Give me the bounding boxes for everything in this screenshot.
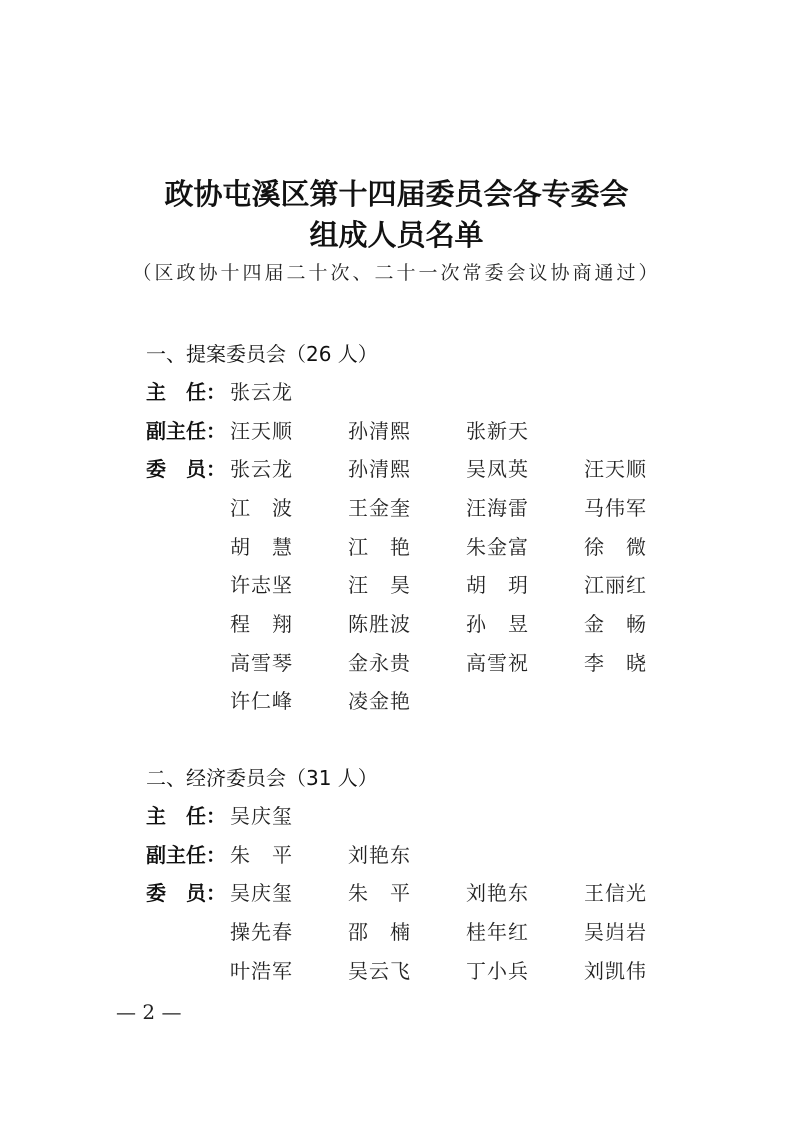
deputy-name: 张新天 <box>466 415 529 444</box>
page-number: — 2 — <box>116 1000 181 1024</box>
member-name: 胡 玥 <box>466 569 529 598</box>
member-name: 许仁峰 <box>230 685 293 714</box>
member-name: 江 波 <box>230 492 293 521</box>
member-name: 吴庆玺 <box>230 877 293 906</box>
member-name: 朱 平 <box>348 877 411 906</box>
member-name: 徐 微 <box>584 531 647 560</box>
director-label: 主 任： <box>146 376 226 405</box>
member-name: 丁小兵 <box>466 955 529 984</box>
member-name: 江 艳 <box>348 531 411 560</box>
member-name: 刘艳东 <box>466 877 529 906</box>
director-name: 吴庆玺 <box>230 800 293 829</box>
section-heading: 一、提案委员会（26 人） <box>146 338 378 367</box>
member-name: 王信光 <box>584 877 647 906</box>
deputy-label: 副主任： <box>146 415 226 444</box>
member-name: 朱金富 <box>466 531 529 560</box>
deputy-name: 朱 平 <box>230 839 293 868</box>
member-name: 金 畅 <box>584 608 647 637</box>
member-name: 孙 昱 <box>466 608 529 637</box>
member-name: 吴岿岩 <box>584 916 647 945</box>
document-subtitle: （区政协十四届二十次、二十一次常委会议协商通过） <box>0 258 793 285</box>
director-name: 张云龙 <box>230 376 293 405</box>
member-name: 刘凯伟 <box>584 955 647 984</box>
deputy-label: 副主任： <box>146 839 226 868</box>
member-name: 金永贵 <box>348 647 411 676</box>
member-name: 凌金艳 <box>348 685 411 714</box>
member-name: 胡 慧 <box>230 531 293 560</box>
member-name: 邵 楠 <box>348 916 411 945</box>
members-label: 委 员： <box>146 877 226 906</box>
member-name: 吴云飞 <box>348 955 411 984</box>
document-title-line1: 政协屯溪区第十四届委员会各专委会 <box>0 172 793 213</box>
member-name: 汪 昊 <box>348 569 411 598</box>
member-name: 高雪祝 <box>466 647 529 676</box>
member-name: 孙清熙 <box>348 453 411 482</box>
member-name: 汪天顺 <box>584 453 647 482</box>
member-name: 马伟军 <box>584 492 647 521</box>
member-name: 江丽红 <box>584 569 647 598</box>
member-name: 李 晓 <box>584 647 647 676</box>
member-name: 汪海雷 <box>466 492 529 521</box>
member-name: 叶浩军 <box>230 955 293 984</box>
document-title-line2: 组成人员名单 <box>0 213 793 254</box>
member-name: 张云龙 <box>230 453 293 482</box>
member-name: 陈胜波 <box>348 608 411 637</box>
deputy-name: 孙清熙 <box>348 415 411 444</box>
member-name: 王金奎 <box>348 492 411 521</box>
member-name: 高雪琴 <box>230 647 293 676</box>
member-name: 许志坚 <box>230 569 293 598</box>
director-label: 主 任： <box>146 800 226 829</box>
member-name: 操先春 <box>230 916 293 945</box>
members-label: 委 员： <box>146 453 226 482</box>
deputy-name: 汪天顺 <box>230 415 293 444</box>
member-name: 吴凤英 <box>466 453 529 482</box>
deputy-name: 刘艳东 <box>348 839 411 868</box>
member-name: 程 翔 <box>230 608 293 637</box>
section-heading: 二、经济委员会（31 人） <box>146 762 378 791</box>
member-name: 桂年红 <box>466 916 529 945</box>
